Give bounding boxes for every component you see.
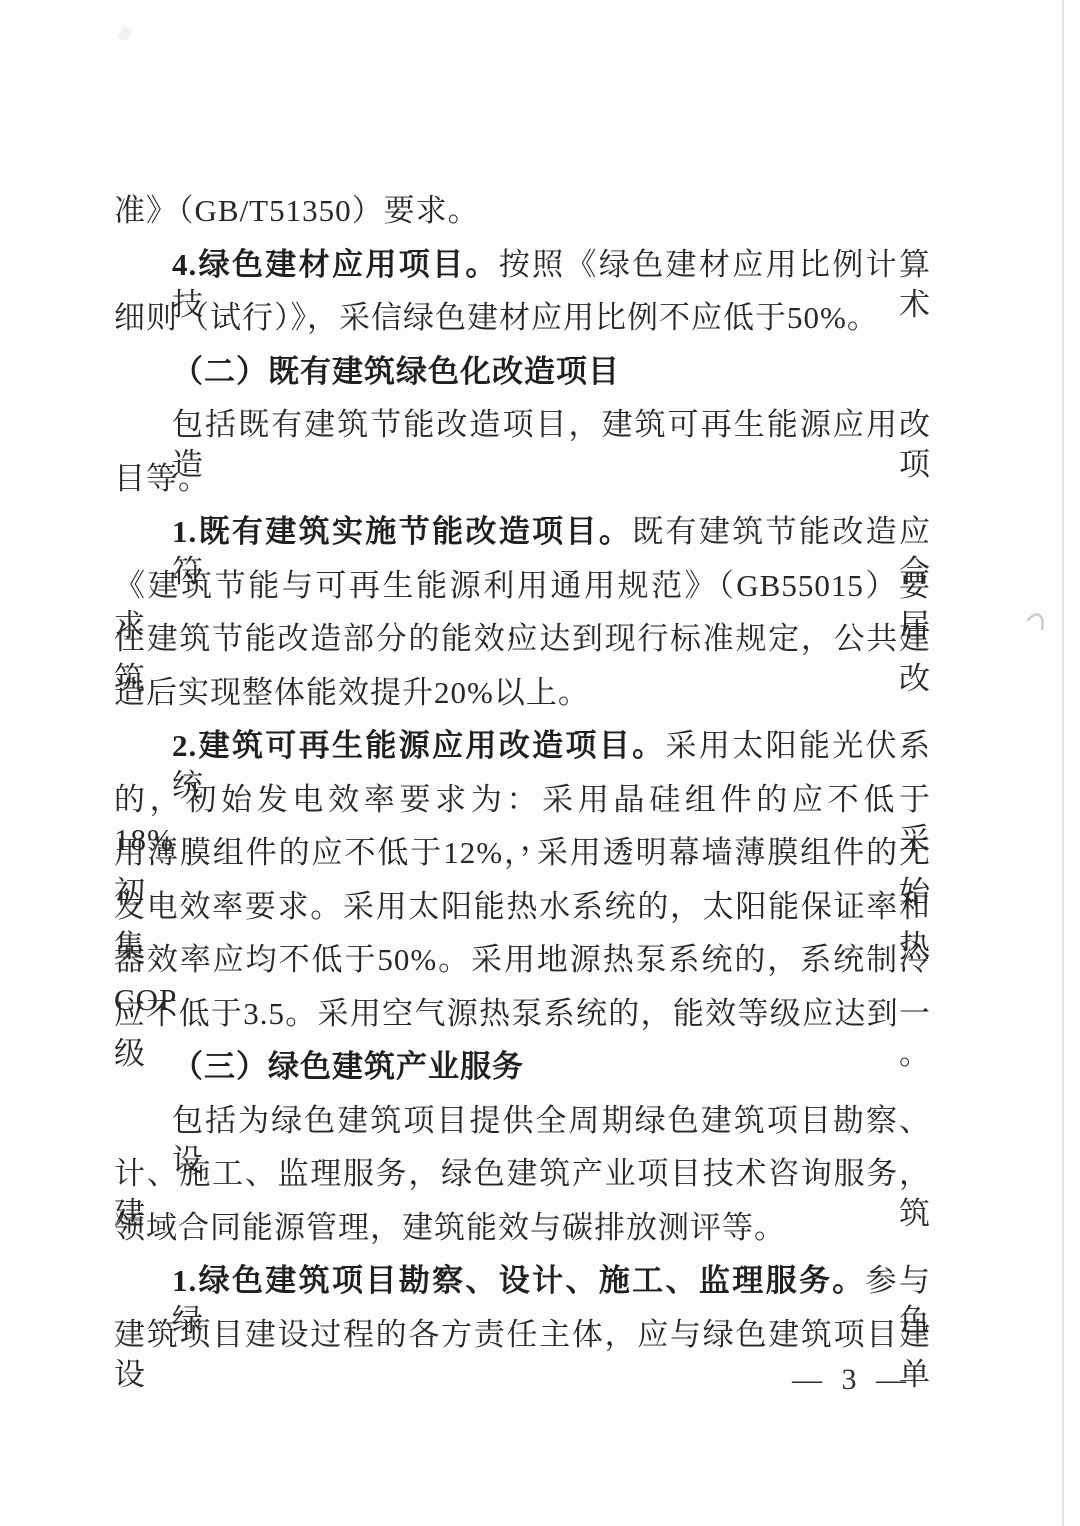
- heading-segment: （二）既有建筑绿色化改造项目: [172, 354, 620, 389]
- text-line: 器效率应均不低于50%。采用地源热泵系统的，系统制冷COP: [114, 940, 931, 982]
- text-line: 1.既有建筑实施节能改造项目。既有建筑节能改造应符合: [114, 512, 931, 554]
- text-segment: 准》（GB/T51350）要求。: [114, 193, 480, 228]
- text-line: 包括既有建筑节能改造项目，建筑可再生能源应用改造项: [114, 405, 931, 447]
- text-line: 建筑项目建设过程的各方责任主体，应与绿色建筑项目建设单: [114, 1315, 931, 1357]
- text-line: 细则（试行）》，采信绿色建材应用比例不应低于50%。: [114, 298, 931, 340]
- text-line: 住建筑节能改造部分的能效应达到现行标准规定，公共建筑改: [114, 619, 931, 661]
- text-line: （三）绿色建筑产业服务: [114, 1047, 931, 1089]
- scan-artifact-mark: [1026, 610, 1052, 640]
- scan-corner-speck: [118, 26, 132, 41]
- text-line: 的，初始发电效率要求为：采用晶硅组件的应不低于18%，采: [114, 780, 931, 822]
- scan-edge-line: [1062, 0, 1064, 1526]
- page-number: — 3 —: [792, 1362, 912, 1398]
- text-line: 发电效率要求。采用太阳能热水系统的，太阳能保证率和集热: [114, 887, 931, 929]
- text-segment: 目等。: [114, 461, 210, 496]
- text-line: 领域合同能源管理，建筑能效与碳排放测评等。: [114, 1208, 931, 1250]
- heading-segment: （三）绿色建筑产业服务: [172, 1049, 524, 1084]
- text-line: 造后实现整体能效提升20%以上。: [114, 673, 931, 715]
- text-line: 目等。: [114, 459, 931, 501]
- heading-segment: 4.绿色建材应用项目。: [172, 247, 499, 282]
- heading-segment: 1.绿色建筑项目勘察、设计、施工、监理服务。: [172, 1263, 866, 1298]
- document-page: 准》（GB/T51350）要求。4.绿色建材应用项目。按照《绿色建材应用比例计算…: [0, 0, 1080, 1526]
- text-line: 包括为绿色建筑项目提供全周期绿色建筑项目勘察、设: [114, 1101, 931, 1143]
- heading-segment: 2.建筑可再生能源应用改造项目。: [172, 728, 666, 763]
- text-segment: 细则（试行）》，采信绿色建材应用比例不应低于50%。: [114, 300, 879, 335]
- text-line: 1.绿色建筑项目勘察、设计、施工、监理服务。参与绿色: [114, 1261, 931, 1303]
- text-line: 准》（GB/T51350）要求。: [114, 191, 931, 233]
- text-line: 2.建筑可再生能源应用改造项目。采用太阳能光伏系统: [114, 726, 931, 768]
- text-line: 应不低于3.5。采用空气源热泵系统的，能效等级应达到一级。: [114, 994, 931, 1036]
- text-segment: 领域合同能源管理，建筑能效与碳排放测评等。: [114, 1210, 786, 1245]
- text-line: 计、施工、监理服务，绿色建筑产业项目技术咨询服务，建筑: [114, 1154, 931, 1196]
- heading-segment: 1.既有建筑实施节能改造项目。: [172, 514, 632, 549]
- text-line: 《建筑节能与可再生能源利用通用规范》（GB55015）要求，居: [114, 566, 931, 608]
- text-line: 用薄膜组件的应不低于12%，采用透明幕墙薄膜组件的无初始: [114, 833, 931, 875]
- text-line: （二）既有建筑绿色化改造项目: [114, 352, 931, 394]
- text-line: 4.绿色建材应用项目。按照《绿色建材应用比例计算技术: [114, 245, 931, 287]
- text-segment: 造后实现整体能效提升20%以上。: [114, 675, 590, 710]
